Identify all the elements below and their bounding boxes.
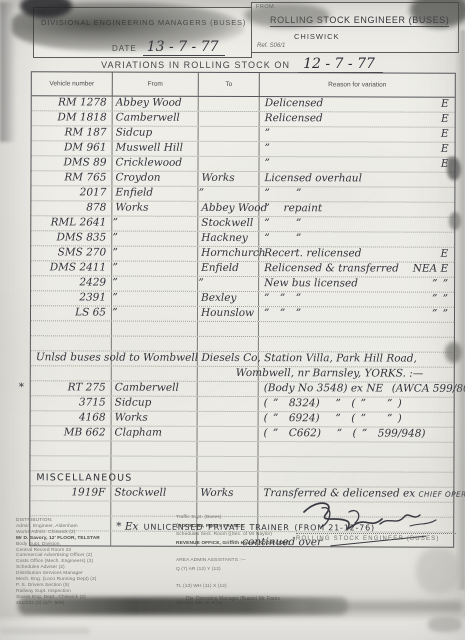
distribution-line [176,548,346,557]
col-header-vehicle: Vehicle number [32,72,113,95]
table-row: MISCELLANEOUS [30,471,453,487]
table-row: DMS 2411”EnfieldRelicensed & transferred… [31,261,454,277]
asterisk-mark: * [19,381,24,394]
table-row [31,336,454,352]
table-row: LS 65”Hounslow” ” ”” ” [31,306,454,322]
table-row: *RT 275Camberwell(Body No 3548) ex NE (A… [31,381,454,397]
col-header-to: To [199,73,260,96]
page-title: VARIATIONS IN ROLLING STOCK ON12 - 7 - 7… [30,55,454,73]
table-row: RML 2641”Stockwell” ” [31,216,454,232]
spanning-note: Unlsd buses sold to Wombwell Diesels Co,… [36,351,417,366]
table-row [30,456,453,472]
signature-scribble [292,496,444,540]
table-row: 2391”Bexley” ” ”” ” [31,291,454,307]
distribution-bottom-line: Div. Operating Manager (Buses) Mr. Fares [186,596,280,602]
table-row: Unlsd buses sold to Wombwell Diesels Co,… [31,351,454,367]
distribution-line: REVENUE OFFICE, Griffith House, ROOM 432… [176,540,346,549]
table-row: 2017Enfield”” ” [31,186,454,202]
table-row: 878WorksAbbey Wood” repaint [31,201,454,217]
table-rows: RM 1278Abbey WoodDelicensedEDM 1818Cambe… [30,96,455,546]
table-row: DM 961Muswell Hill”E [32,141,455,157]
distribution-list-left: DISTRIBUTION:Admin. Engineer, AldenhamWo… [16,518,171,607]
table-row: RM 1278Abbey WoodDelicensedE [32,96,455,112]
table-row [30,441,453,457]
scanned-memo-page: { "colors": { "paper": "#e8e7e2", "hand_… [0,0,465,640]
miscellaneous-label: MISCELLANEOUS [36,471,132,485]
to-label: TO [37,9,46,15]
table-row: 4168Works( ” 6924) ” ( ” ” ) [31,411,454,427]
reference-number: Ref. S06/1 [257,43,285,49]
from-label: FROM [256,4,274,10]
sender-text: ROLLING STOCK ENGINEER (BUSES) [270,15,449,27]
table-row: 2429””New bus licensed” ” [31,276,454,292]
col-header-from: From [113,73,199,96]
table-row: 3715Sidcup( ” 8324) ” ( ” ” ) [31,396,454,412]
table-row [31,321,454,337]
distribution-line: Q (7) AR (12) Y (12) [176,566,346,575]
table-row: SMS 270”HornchurchRecert. relicensedE [31,246,454,262]
date-row: DATE13 - 7 - 77 [112,38,225,56]
addressee-box: TO DIVISIONAL ENGINEERING MANAGERS (BUSE… [33,7,252,58]
distribution-line [176,574,346,583]
table-row: DMS 835”Hackney” ” [31,231,454,247]
table-row: MB 662Clapham( ” C662) ” ( ” 599/948) [31,426,454,442]
col-header-reason: Reason for variation [260,73,455,97]
table-row: Wombwell, nr Barnsley, YORKS. :— [31,366,454,382]
table-row: DM 1818CamberwellRelicensedE [32,111,455,127]
table-row: DMS 89Cricklewood”E [31,156,454,172]
title-printed: VARIATIONS IN ROLLING STOCK ON [101,60,290,70]
distribution-line: 451/222 (3) (2/7. 505) [16,601,171,607]
distribution-line: AREA ADMIN ASSISTANTS :— [176,557,346,566]
table-header: Vehicle number From To Reason for variat… [32,72,455,97]
date-label: DATE [112,44,137,53]
addressee-text: DIVISIONAL ENGINEERING MANAGERS (BUSES) [41,18,246,27]
title-date: 12 - 7 - 77 [298,56,383,73]
sender-box: FROM ROLLING STOCK ENGINEER (BUSES) CHIS… [251,2,459,53]
spanning-note: Wombwell, nr Barnsley, YORKS. :— [236,367,424,382]
variations-table: Vehicle number From To Reason for variat… [29,71,456,547]
table-row: RM 187Sidcup”E [32,126,455,142]
table-row: RM 765CroydonWorksLicensed overhaul [31,171,454,187]
sender-location: CHISWICK [294,32,340,41]
distribution-line: TL (13) WH (11) X (12) [176,583,346,592]
date-value: 13 - 7 - 77 [143,39,225,56]
